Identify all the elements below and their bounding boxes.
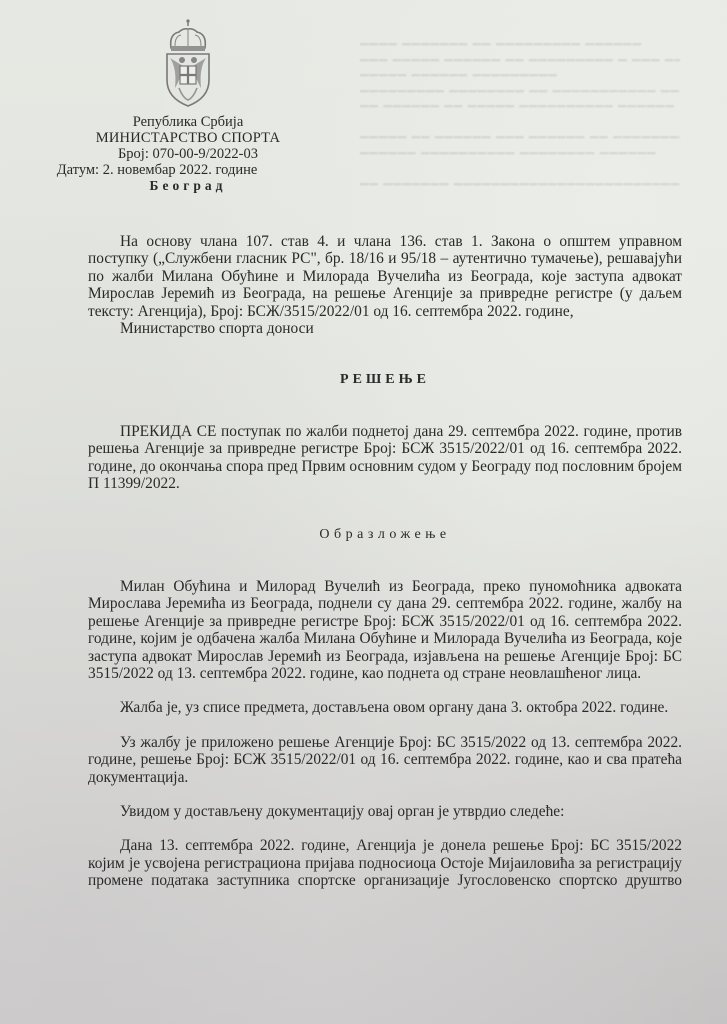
decision-paragraph: ПРЕКИДА СЕ поступак по жалби поднетој да… xyxy=(88,423,682,493)
coat-of-arms-icon xyxy=(161,18,215,108)
document-date: Датум: 2. новембар 2022. године xyxy=(26,162,288,178)
issuer-line: Министарство спорта доноси xyxy=(88,320,682,337)
ministry-name: МИНИСТАРСТВО СПОРТА xyxy=(88,130,288,146)
document-city: Београд xyxy=(88,178,288,194)
reasoning-paragraph: Дана 13. септембра 2022. године, Агенциј… xyxy=(88,837,682,889)
reasoning-paragraph: Жалба је, уз списе предмета, достављена … xyxy=(88,699,682,716)
decision-title: РЕШЕЊЕ xyxy=(88,371,682,388)
document-number: Број: 070-00-9/2022-03 xyxy=(88,146,288,162)
document-header: Република Србија МИНИСТАРСТВО СПОРТА Бро… xyxy=(88,18,288,194)
reasoning-paragraph: Увидом у достављену документацију овај о… xyxy=(88,803,682,820)
reasoning-paragraph: Уз жалбу је приложено решење Агенције Бр… xyxy=(88,734,682,786)
reasoning-title: Образложење xyxy=(88,526,682,543)
preamble-paragraph: На основу члана 107. став 4. и члана 136… xyxy=(88,233,682,320)
reasoning-paragraph: Милан Обућина и Милорад Вучелић из Беогр… xyxy=(88,578,682,682)
document-body: На основу члана 107. став 4. и члана 136… xyxy=(88,233,682,890)
republic-name: Република Србија xyxy=(88,114,288,130)
